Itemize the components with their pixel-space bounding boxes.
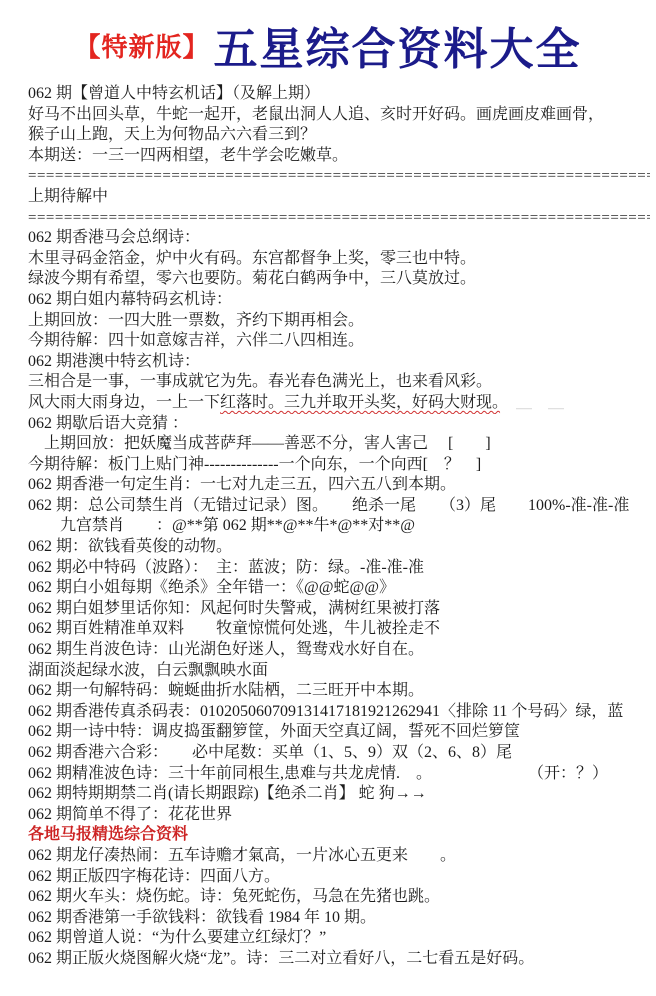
separator-line: ========================================… (28, 166, 650, 187)
text-line: 上期回放：把妖魔当成菩萨拜——善恶不分，害人害己 [ ] (28, 434, 650, 455)
text-line: 062 期一句解特码：蜿蜒曲折水陆栖，二三旺开中本期。 (28, 681, 650, 702)
text-line: 062 期香港马会总纲诗： (28, 228, 650, 249)
text-line: 好马不出回头草，牛蛇一起开，老鼠出洞人人追、亥时开好码。画虎画皮难画骨， (28, 105, 650, 126)
text-line: 062 期简单不得了：花花世界 (28, 805, 650, 826)
text-line: 062 期白姐梦里话你知：风起何时失警戒，满树红果被打落 (28, 599, 650, 620)
text-line: 今期待解：四十如意嫁吉祥，六伴二八四相连。 (28, 331, 650, 352)
text-line: 本期送：一三一四两相望，老牛学会吃嫩草。 (28, 146, 650, 167)
text-line: 062 期香港一句定生肖：一七对九走三五，四六五八到本期。 (28, 475, 650, 496)
text-line: 062 期香港传真杀码表：010205060709131417181921262… (28, 702, 650, 723)
text-line: 062 期【曾道人中特玄机话】（及解上期） (28, 84, 650, 105)
text-line: 062 期百姓精准单双料 牧童惊慌何处逃，牛儿被拴走不 (28, 619, 650, 640)
text-line: 062 期香港第一手欲钱料：欲钱看 1984 年 10 期。 (28, 908, 650, 929)
page: 【特新版】 五星综合资料大全 062 期【曾道人中特玄机话】（及解上期）好马不出… (0, 0, 656, 996)
text-line: 062 期生肖波色诗：山光湖色好迷人，鸳鸯戏水好自在。 (28, 640, 650, 661)
text-line: 上期回放：一四大胜一票数，齐约下期再相会。 (28, 311, 650, 332)
text-line: 062 期正版火烧图解火烧“龙”。诗：三二对立看好八，二七看五是好码。 (28, 949, 650, 970)
text-line: 062 期香港六合彩： 必中尾数：买单（1、5、9）双（2、6、8）尾 (28, 743, 650, 764)
text-line: 062 期龙仔凑热闹：五车诗赡才氣高，一片冰心五更来 。 (28, 846, 650, 867)
separator-line: ========================================… (28, 208, 650, 229)
text-line: 风大雨大雨身边，一上一下红落时。三九并取开头奖，好码大财现。 ＿ ＿ (28, 393, 650, 414)
text-line: 062 期必中特码（波路）： 主：蓝波；防：绿。-准-准-准 (28, 558, 650, 579)
text-line: 062 期港澳中特玄机诗： (28, 352, 650, 373)
text-line: 062 期白姐内幕特码玄机诗： (28, 290, 650, 311)
section-heading-red: 各地马报精选综合资料 (28, 825, 650, 846)
text-line: 062 期白小姐每期《绝杀》全年错一：《@@蛇@@》 (28, 578, 650, 599)
faint-scan-marks: ＿ ＿ (500, 394, 564, 411)
text-segment: 风大雨大雨身边，一上一下 (28, 394, 220, 411)
edition-badge: 【特新版】 (74, 27, 209, 64)
text-line: 062 期精准波色诗：三十年前同根生,患难与共龙虎情. 。 （开：？） (28, 764, 650, 785)
text-line: 062 期正版四字梅花诗：四面八方。 (28, 867, 650, 888)
text-line: 猴子山上跑，天上为何物品六六看三到？ (28, 125, 650, 146)
text-line: 062 期特期期禁二肖(请长期跟踪)【绝杀二肖】 蛇 狗→→ (28, 784, 650, 805)
text-line: 木里寻码金箔金，炉中火有码。东宫都督争上奖，零三也中特。 (28, 249, 650, 270)
page-title: 五星综合资料大全 (214, 13, 582, 77)
text-line: 062 期：总公司禁生肖（无错过记录）图。 绝杀一尾 （3）尾 100%-准-准… (28, 496, 650, 517)
text-line: 062 期一诗中特：调皮捣蛋翻箩筐，外面天空真辽阔，誓死不回烂箩筐 (28, 722, 650, 743)
text-line: 湖面淡起绿水波，白云飘飘映水面 (28, 661, 650, 682)
text-line: 上期待解中 (28, 187, 650, 208)
text-line: 今期待解：板门上贴门神--------------一个向东，一个向西[ ？ ] (28, 455, 650, 476)
red-wavy-underline-text: 红落时。三九并取开头奖，好码大财现。 (220, 394, 500, 411)
text-line: 三相合是一事，一事成就它为先。春光春色满光上，也来看风彩。 (28, 372, 650, 393)
text-line: 062 期：欲钱看英俊的动物。 (28, 537, 650, 558)
text-line: 062 期火车头：烧伤蛇。诗：兔死蛇伤，马急在先猪也跳。 (28, 887, 650, 908)
text-line: 062 期曾道人说：“为什么要建立红绿灯？” (28, 928, 650, 949)
text-line: 绿波今期有希望，零六也要防。菊花白鹤两争中，三八莫放过。 (28, 269, 650, 290)
text-line: 九宫禁肖 ：@**第 062 期**@**牛*@**对**@ (28, 516, 650, 537)
text-line: 062 期歇后语大竞猜 ： (28, 414, 650, 435)
page-header: 【特新版】 五星综合资料大全 (0, 0, 656, 76)
content-lines: 062 期【曾道人中特玄机话】（及解上期）好马不出回头草，牛蛇一起开，老鼠出洞人… (0, 76, 656, 970)
